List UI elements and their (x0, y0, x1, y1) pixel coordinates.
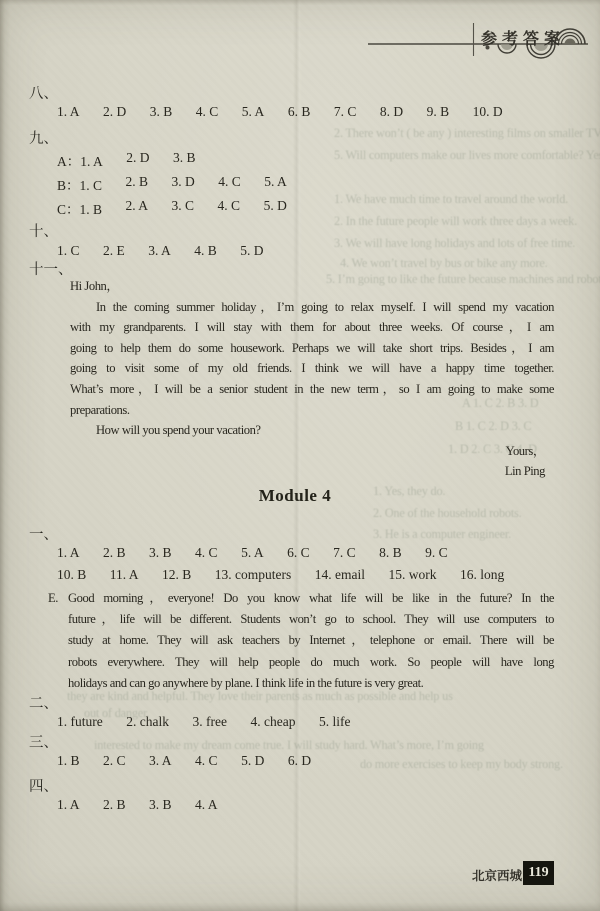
letter-line: What’s more，I will be a senior student i… (70, 379, 554, 400)
listening-text-line: study at home. They will ask teachers by… (68, 630, 554, 651)
section-label-m4-2: 二、 (29, 692, 58, 713)
answer-item: 3. A (149, 753, 172, 769)
answer-item: 16. long (460, 567, 504, 583)
bleed-through-line: 2. In the future people will work three … (334, 214, 577, 229)
letter-body: In the coming summer holiday，I’m going t… (70, 297, 554, 421)
rainbow-halfdisc (565, 39, 576, 45)
answer-item: 4. A (195, 797, 218, 813)
answer-item: 8. D (380, 104, 403, 120)
page-edge-bottom (0, 902, 600, 911)
bleed-through-line: 1. We have much time to travel around th… (334, 192, 568, 207)
answer-item: 1. A (57, 545, 80, 561)
bleed-through-line: 2. There won’t ( be any ) interesting fi… (334, 126, 600, 141)
page-edge-left (0, 0, 10, 911)
answer-item: 7. C (334, 104, 357, 120)
answer-item: 2. D (126, 150, 149, 170)
answer-item: 3. B (173, 150, 196, 170)
listening-text-line: future，life will be different. Students … (68, 609, 554, 630)
answer-item: 5. D (264, 198, 287, 218)
section-label-m4-4: 四、 (29, 775, 58, 796)
answer-item: 4. C (196, 104, 219, 120)
answer-row-9b: B：1. C2. B3. D4. C5. A (57, 174, 287, 194)
answer-item: 5. D (240, 243, 263, 259)
footer-district-label: 北京西城 (472, 866, 522, 884)
answer-item: 1. C (57, 243, 80, 259)
item-e-label: E. (48, 588, 58, 609)
answer-item: 4. cheap (250, 714, 295, 730)
answer-item: 2. B (126, 174, 149, 194)
answer-item: 14. email (315, 567, 365, 583)
letter-closing: Yours， (70, 441, 554, 462)
answer-item: B：1. C (57, 174, 102, 194)
letter-line: going to help them do some housework. Pe… (70, 338, 554, 359)
page-title: 参考答案 (481, 26, 565, 49)
answer-item: 5. A (264, 174, 287, 194)
answer-row-m4-1b: 10. B11. A12. B13. computers14. email15.… (57, 567, 504, 583)
answer-row-m4-3: 1. B2. C3. A4. C5. D6. D (57, 753, 311, 769)
letter-question: How will you spend your vacation? (70, 420, 554, 441)
answer-item: 1. future (57, 714, 103, 730)
answer-item: 12. B (162, 567, 191, 583)
answer-item: C：1. B (57, 198, 102, 218)
section-label-10: 十、 (29, 220, 58, 241)
answer-row-m4-4: 1. A2. B3. B4. A (57, 797, 218, 813)
answer-item: 5. life (319, 714, 351, 730)
answer-row-m4-2: 1. future2. chalk3. free4. cheap5. life (57, 714, 350, 730)
bleed-through-line: 3. He is a computer engineer. (373, 527, 511, 542)
answer-item: 4. C (195, 753, 218, 769)
answer-item: 10. D (473, 104, 503, 120)
bleed-through-line: 3. We will have long holidays and lots o… (334, 236, 575, 251)
answer-item: 9. B (427, 104, 450, 120)
listening-text-line: Good morning，everyone! Do you know what … (68, 588, 554, 609)
answer-item: 2. B (103, 797, 126, 813)
answer-item: 2. chalk (126, 714, 169, 730)
letter-signature: Lin Ping (70, 461, 554, 482)
section-label-11: 十一、 (29, 258, 73, 279)
answer-item: 4. C (195, 545, 218, 561)
answer-item: 4. C (218, 198, 241, 218)
answer-row-10: 1. C2. E3. A4. B5. D (57, 243, 264, 259)
listening-text: Good morning，everyone! Do you know what … (68, 588, 554, 694)
answer-item: 3. B (149, 545, 172, 561)
answer-row-9c: C：1. B2. A3. C4. C5. D (57, 198, 287, 218)
answer-item: 13. computers (215, 567, 292, 583)
listening-text-line: holidays and can go anywhere by plane. I… (68, 673, 554, 694)
page-edge-top (0, 0, 600, 5)
answer-item: 2. D (103, 104, 126, 120)
letter-line: In the coming summer holiday，I’m going t… (70, 297, 554, 318)
answer-item: 10. B (57, 567, 86, 583)
answer-item: A：1. A (57, 150, 103, 170)
answer-item: 5. D (241, 753, 264, 769)
answer-item: 5. A (241, 545, 264, 561)
answer-item: 4. C (218, 174, 241, 194)
section-label-8: 八、 (29, 82, 58, 103)
page-number: 119 (523, 861, 554, 885)
answer-item: 11. A (110, 567, 139, 583)
answer-item: 1. B (57, 753, 80, 769)
answer-item: 1. A (57, 797, 80, 813)
letter-block: Hi John， In the coming summer holiday，I’… (70, 276, 554, 482)
answer-item: 2. C (103, 753, 126, 769)
answer-item: 3. B (149, 797, 172, 813)
answer-item: 3. B (150, 104, 173, 120)
answer-item: 2. E (103, 243, 125, 259)
answer-item: 4. B (194, 243, 217, 259)
section-label-m4-3: 三、 (29, 731, 58, 752)
answer-item: 3. D (172, 174, 195, 194)
answer-item: 9. C (425, 545, 448, 561)
letter-line: preparations. (70, 400, 554, 421)
section-label-m4-1: 一、 (29, 523, 58, 544)
answer-item: 2. A (126, 198, 149, 218)
answer-item: 1. A (57, 104, 80, 120)
listening-text-line: robots everywhere. They will help people… (68, 652, 554, 673)
letter-line: with my grandparents. I will stay with t… (70, 317, 554, 338)
answer-item: 5. A (242, 104, 265, 120)
answer-item: 15. work (389, 567, 437, 583)
letter-salutation: Hi John， (70, 276, 554, 297)
paper-crease (293, 0, 302, 911)
answer-item: 3. free (192, 714, 226, 730)
letter-line: going to visit some of my old friends. I… (70, 358, 554, 379)
bleed-through-line: 4. We won’t travel by bus or bike any mo… (340, 256, 548, 271)
answer-item: 3. A (148, 243, 171, 259)
bleed-through-line: interested to make my dream come true. I… (94, 738, 484, 753)
bleed-through-line: do more exercises to keep my body strong… (360, 757, 563, 772)
bleed-through-line: 2. One of the household robots. (373, 506, 522, 521)
section-label-9: 九、 (29, 127, 58, 148)
answer-row-m4-1a: 1. A2. B3. B4. C5. A6. C7. C8. B9. C (57, 545, 448, 561)
answer-item: 8. B (379, 545, 402, 561)
answer-key-page: 2. There won’t ( be any ) interesting fi… (0, 0, 600, 911)
answer-item: 7. C (333, 545, 356, 561)
answer-row-8: 1. A2. D3. B4. C5. A6. B7. C8. D9. B10. … (57, 104, 503, 120)
answer-item: 2. B (103, 545, 126, 561)
bleed-through-line: 5. Will computers make our lives more co… (334, 148, 600, 163)
answer-row-9a: A：1. A2. D3. B (57, 150, 196, 170)
answer-item: 3. C (172, 198, 195, 218)
